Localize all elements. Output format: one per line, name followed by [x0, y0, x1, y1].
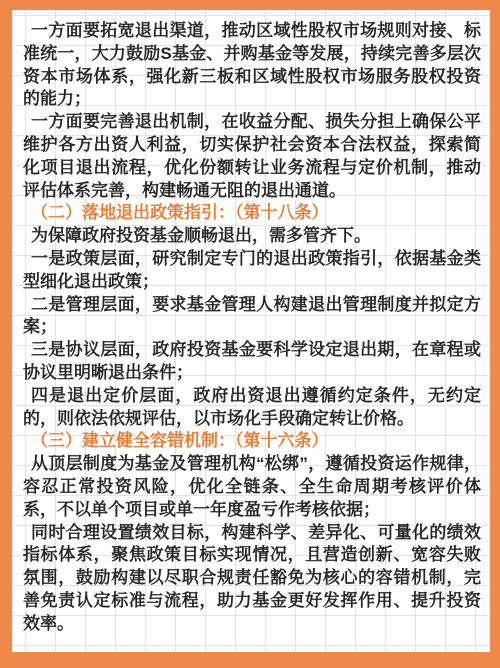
section-heading-exit-policy-guideline: （二）落地退出政策指引：（第十八条）	[23, 202, 481, 225]
paragraph-performance-targets: 同时合理设置绩效目标，构建科学、差异化、可量化的绩效指标体系，聚焦政策目标实现情…	[23, 522, 481, 636]
paragraph-point-1-policy-level: 一是政策层面，研究制定专门的退出政策指引，依据基金类型细化退出政策；	[23, 248, 481, 294]
article-content: 一方面要拓宽退出渠道，推动区域性股权市场规则对接、标准统一，大力鼓励S基金、并购…	[12, 10, 490, 636]
paragraph-top-level-unbinding: 从顶层制度为基金及管理机构“松绑”，遵循投资运作规律，容忍正常投资风险，优化全链…	[23, 453, 481, 521]
section-heading-fault-tolerance: （三）建立健全容错机制：（第十六条）	[23, 430, 481, 453]
page-frame: 一方面要拓宽退出渠道，推动区域性股权市场规则对接、标准统一，大力鼓励S基金、并购…	[0, 0, 500, 668]
paragraph-exit-channels: 一方面要拓宽退出渠道，推动区域性股权市场规则对接、标准统一，大力鼓励S基金、并购…	[23, 20, 481, 111]
paragraph-point-2-management-level: 二是管理层面，要求基金管理人构建退出管理制度并拟定方案；	[23, 294, 481, 340]
paragraph-point-4-pricing-level: 四是退出定价层面，政府出资退出遵循约定条件，无约定的，则依法依规评估，以市场化手…	[23, 385, 481, 431]
paragraph-exit-mechanism: 一方面要完善退出机制，在收益分配、损失分担上确保公平维护各方出资人利益，切实保护…	[23, 111, 481, 202]
grid-paper-background: 一方面要拓宽退出渠道，推动区域性股权市场规则对接、标准统一，大力鼓励S基金、并购…	[12, 10, 490, 652]
paragraph-smooth-exit-intro: 为保障政府投资基金顺畅退出，需多管齐下。	[23, 225, 481, 248]
paragraph-point-3-agreement-level: 三是协议层面，政府投资基金要科学设定退出期，在章程或协议里明晰退出条件；	[23, 339, 481, 385]
